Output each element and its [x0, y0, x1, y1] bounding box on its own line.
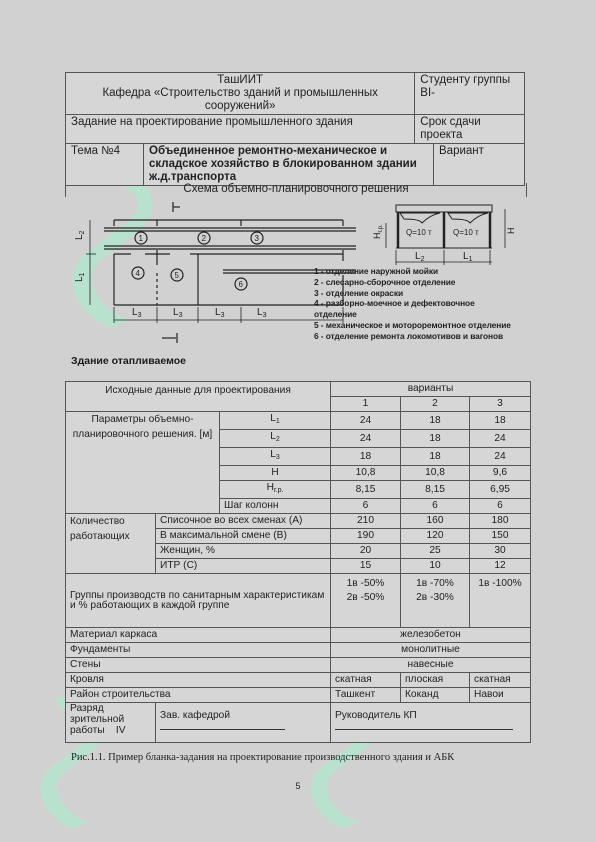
roof-value: скатная	[470, 673, 531, 688]
roof-value: скатная	[331, 673, 401, 688]
workers-value: 210	[331, 514, 401, 529]
dim-l3-label: L3	[132, 307, 142, 319]
dim-l2-label: L2	[74, 230, 86, 240]
room-1-label: 1	[139, 234, 144, 243]
parameter-name: L1	[220, 412, 331, 430]
signature-line	[335, 729, 513, 730]
legend-item: 5 - механическое и мотороремонтное отдел…	[314, 320, 511, 331]
parameter-value: 18	[401, 448, 470, 466]
frame-material-label: Материал каркаса	[66, 628, 331, 643]
workers-value: 180	[470, 514, 531, 529]
variants-header: варианты	[331, 382, 531, 397]
signature-line	[160, 729, 285, 730]
height-h-label: H	[506, 228, 516, 235]
parameter-value: 6	[401, 499, 470, 514]
legend-item: 4 - разборно-моечное и дефектовочное	[314, 298, 511, 309]
parameter-name: L3	[220, 448, 331, 466]
institute-name: ТашИИТ	[71, 74, 409, 87]
production-groups-variant-2: 1в -70%2в -30%	[401, 574, 470, 628]
legend-item: 1 - отделение наружной мойки	[314, 266, 511, 277]
workers-metric: Списочное во всех сменах (А)	[156, 514, 331, 529]
workers-value: 12	[470, 559, 531, 574]
variant-number: 3	[470, 397, 531, 412]
assignment-title: Задание на проектирование промышленного …	[66, 115, 415, 144]
dim-l3-label: L3	[215, 307, 225, 319]
parameter-value: 10,8	[401, 466, 470, 481]
parameter-value: 18	[331, 448, 401, 466]
parameter-name: L2	[220, 430, 331, 448]
dim-l3-label: L3	[257, 307, 267, 319]
cross-section	[386, 205, 505, 265]
region-value: Коканд	[401, 688, 470, 703]
workers-group-label: Количество работающих	[66, 514, 156, 574]
workers-value: 20	[331, 544, 401, 559]
topic-text: Объединенное ремонтно-механическое и скл…	[144, 144, 434, 186]
workers-value: 190	[331, 529, 401, 544]
roof-value: плоская	[401, 673, 470, 688]
workers-value: 15	[331, 559, 401, 574]
parameters-group-label: Параметры объемно-планировочного решения…	[66, 412, 220, 514]
legend-item: 6 - отделение ремонта локомотивов и ваго…	[314, 331, 511, 342]
frame-material-value: железобетон	[331, 628, 531, 643]
page-number: 5	[0, 781, 596, 791]
parameter-value: 6,95	[470, 481, 531, 499]
parameter-value: 18	[401, 412, 470, 430]
visual-work-category: Разряд зрительной работы IV	[66, 703, 156, 743]
head-of-department-label: Зав. кафедрой	[160, 710, 230, 721]
production-groups-label: Группы производств по санитарным характе…	[66, 574, 331, 628]
figure-caption: Рис.1.1. Пример бланка-задания на проект…	[71, 752, 454, 763]
room-4-label: 4	[136, 269, 141, 278]
workers-value: 150	[470, 529, 531, 544]
roof-label: Кровля	[66, 673, 331, 688]
legend-item: отделение	[314, 309, 511, 320]
room-3-label: 3	[255, 234, 260, 243]
workers-row: Количество работающихСписочное во всех с…	[66, 514, 531, 529]
department-name: Кафедра «Строительство зданий и промышле…	[71, 87, 409, 113]
variant-label: Вариант	[434, 144, 525, 186]
workers-metric: ИТР (С)	[156, 559, 331, 574]
supervisor-cell: Руководитель КП	[331, 703, 531, 743]
parameter-value: 6	[470, 499, 531, 514]
foundation-value: монолитные	[331, 643, 531, 658]
room-5-label: 5	[175, 271, 180, 280]
region-value: Навои	[470, 688, 531, 703]
parameter-value: 18	[401, 430, 470, 448]
parameter-value: 8,15	[331, 481, 401, 499]
walls-label: Стены	[66, 658, 331, 673]
institute-cell: ТашИИТ Кафедра «Строительство зданий и п…	[66, 73, 415, 115]
workers-value: 120	[401, 529, 470, 544]
height-hgr-label: Hг.р.	[372, 224, 384, 239]
production-groups-variant-3: 1в -100%	[470, 574, 531, 628]
assignment-header-table: ТашИИТ Кафедра «Строительство зданий и п…	[65, 72, 525, 186]
head-of-department-cell: Зав. кафедрой	[156, 703, 331, 743]
crane-capacity-right: Q=10 т	[453, 228, 479, 237]
room-2-label: 2	[202, 234, 207, 243]
parameter-value: 10,8	[331, 466, 401, 481]
workers-value: 160	[401, 514, 470, 529]
parameter-value: 24	[331, 412, 401, 430]
crane-capacity-left: Q=10 т	[406, 228, 432, 237]
parameter-value: 24	[331, 430, 401, 448]
parameter-value: 18	[470, 412, 531, 430]
workers-value: 25	[401, 544, 470, 559]
foundation-label: Фундаменты	[66, 643, 331, 658]
section-l2-label: L2	[415, 251, 425, 263]
workers-metric: В максимальной смене (В)	[156, 529, 331, 544]
parameter-value: 24	[470, 448, 531, 466]
dim-l3-label: L3	[173, 307, 183, 319]
room-6-label: 6	[239, 280, 244, 289]
parameter-row: Параметры объемно-планировочного решения…	[66, 412, 531, 430]
parameter-name: Hг.р.	[220, 481, 331, 499]
parameter-name: Шаг колонн	[220, 499, 331, 514]
source-data-header: Исходные данные для проектирования	[66, 382, 331, 412]
workers-value: 30	[470, 544, 531, 559]
parameter-value: 24	[470, 430, 531, 448]
parameter-value: 8,15	[401, 481, 470, 499]
heated-building-label: Здание отапливаемое	[71, 355, 186, 367]
deadline-label: Срок сдачи проекта	[415, 115, 525, 144]
student-group: Студенту группы BI-	[415, 73, 525, 115]
production-groups-variant-1: 1в -50%2в -50%	[331, 574, 401, 628]
variant-number: 2	[401, 397, 470, 412]
topic-label: Тема №4	[66, 144, 144, 186]
legend-item: 2 - слесарно-сборочное отделение	[314, 277, 511, 288]
walls-value: навесные	[331, 658, 531, 673]
region-label: Район строительства	[66, 688, 331, 703]
parameter-value: 9,6	[470, 466, 531, 481]
workers-value: 10	[401, 559, 470, 574]
workers-metric: Женщин, %	[156, 544, 331, 559]
supervisor-label: Руководитель КП	[335, 710, 417, 721]
design-data-table: Исходные данные для проектирования вариа…	[65, 381, 531, 743]
section-l1-label: L1	[463, 251, 473, 263]
parameter-name: H	[220, 466, 331, 481]
legend-item: 3 - отделение окраски	[314, 288, 511, 299]
room-legend: 1 - отделение наружной мойки 2 - слесарн…	[314, 266, 511, 342]
parameter-value: 6	[331, 499, 401, 514]
variant-number: 1	[331, 397, 401, 412]
region-value: Ташкент	[331, 688, 401, 703]
dim-l1-label: L1	[74, 272, 86, 282]
